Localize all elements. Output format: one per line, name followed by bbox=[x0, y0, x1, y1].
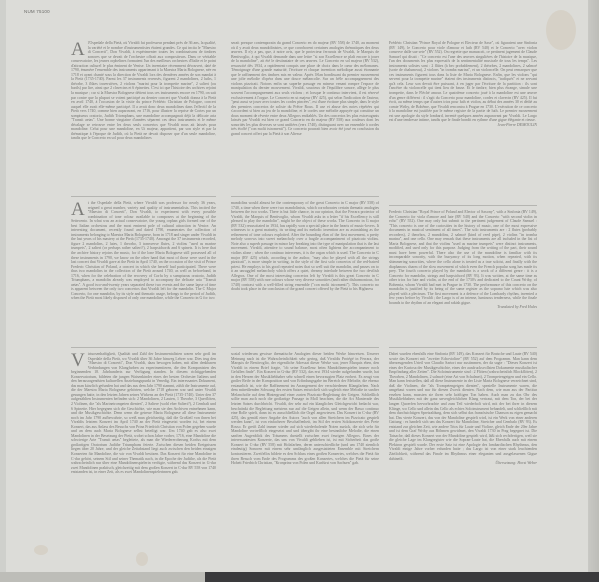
body-text: mandolins would almost be the contempora… bbox=[231, 201, 379, 292]
section-french: Frédéric Christian "Prince Royal de Polo… bbox=[389, 41, 537, 201]
author-signature: Jean-Pierre DEMOULIN bbox=[389, 123, 537, 128]
section-french: serait presque contemporain du grand Con… bbox=[231, 41, 379, 192]
column-3: Frédéric Christian "Prince Royal de Polo… bbox=[389, 41, 537, 522]
section-german: V irtuosenhaftigkeit, Qualität und Zahl … bbox=[71, 352, 216, 532]
body-text: Frédéric Christian "Prince Royal de Polo… bbox=[389, 41, 537, 123]
body-text: Frederic Christian "Royal Prince of Pola… bbox=[389, 210, 537, 305]
column-1: A l'Ospedale della Pietà, où Vivaldi fut… bbox=[71, 41, 216, 532]
section-divider bbox=[389, 205, 537, 206]
catalog-number: NUM 75100 bbox=[24, 9, 50, 14]
section-divider bbox=[389, 347, 537, 348]
background-strip bbox=[0, 572, 599, 582]
paper-stain bbox=[546, 10, 576, 50]
body-text: l'Ospedale della Pietà, où Vivaldi fut p… bbox=[71, 41, 216, 141]
section-divider bbox=[71, 196, 216, 197]
paper-stain bbox=[34, 545, 48, 555]
drop-cap: V bbox=[71, 353, 85, 368]
translator-signature: Translated by Fred Hales bbox=[389, 305, 537, 310]
body-text: sozial wiederum gewisse thematische Anal… bbox=[231, 352, 379, 466]
section-english: A t the Ospedale della Pietà, where Viva… bbox=[71, 201, 216, 343]
paper-stain bbox=[136, 552, 148, 566]
liner-notes-sheet: NUM 75100 A l'Ospedale della Pietà, où V… bbox=[6, 0, 592, 572]
sleeve-edge bbox=[588, 0, 599, 582]
section-german: sozial wiederum gewisse thematische Anal… bbox=[231, 352, 379, 534]
drop-cap: A bbox=[71, 42, 85, 57]
section-english: Frederic Christian "Royal Prince of Pola… bbox=[389, 210, 537, 343]
translator-signature: Übersetzung: Horst Weber bbox=[389, 461, 537, 466]
section-divider bbox=[71, 347, 216, 348]
column-2: serait presque contemporain du grand Con… bbox=[231, 41, 379, 534]
section-divider bbox=[231, 196, 379, 197]
body-text: t the Ospedale della Pietà, where Vivald… bbox=[71, 201, 216, 301]
section-english: mandolins would almost be the contempora… bbox=[231, 201, 379, 343]
body-text: Dabei wurden ebenfalls eine Sinfonia (RV… bbox=[389, 352, 537, 461]
body-text: irtuosenhaftigkeit, Qualität und Zahl de… bbox=[71, 352, 216, 475]
section-german: Dabei wurden ebenfalls eine Sinfonia (RV… bbox=[389, 352, 537, 522]
section-divider bbox=[231, 347, 379, 348]
body-text: serait presque contemporain du grand Con… bbox=[231, 41, 379, 136]
section-french: A l'Ospedale della Pietà, où Vivaldi fut… bbox=[71, 41, 216, 192]
drop-cap: A bbox=[71, 202, 85, 217]
